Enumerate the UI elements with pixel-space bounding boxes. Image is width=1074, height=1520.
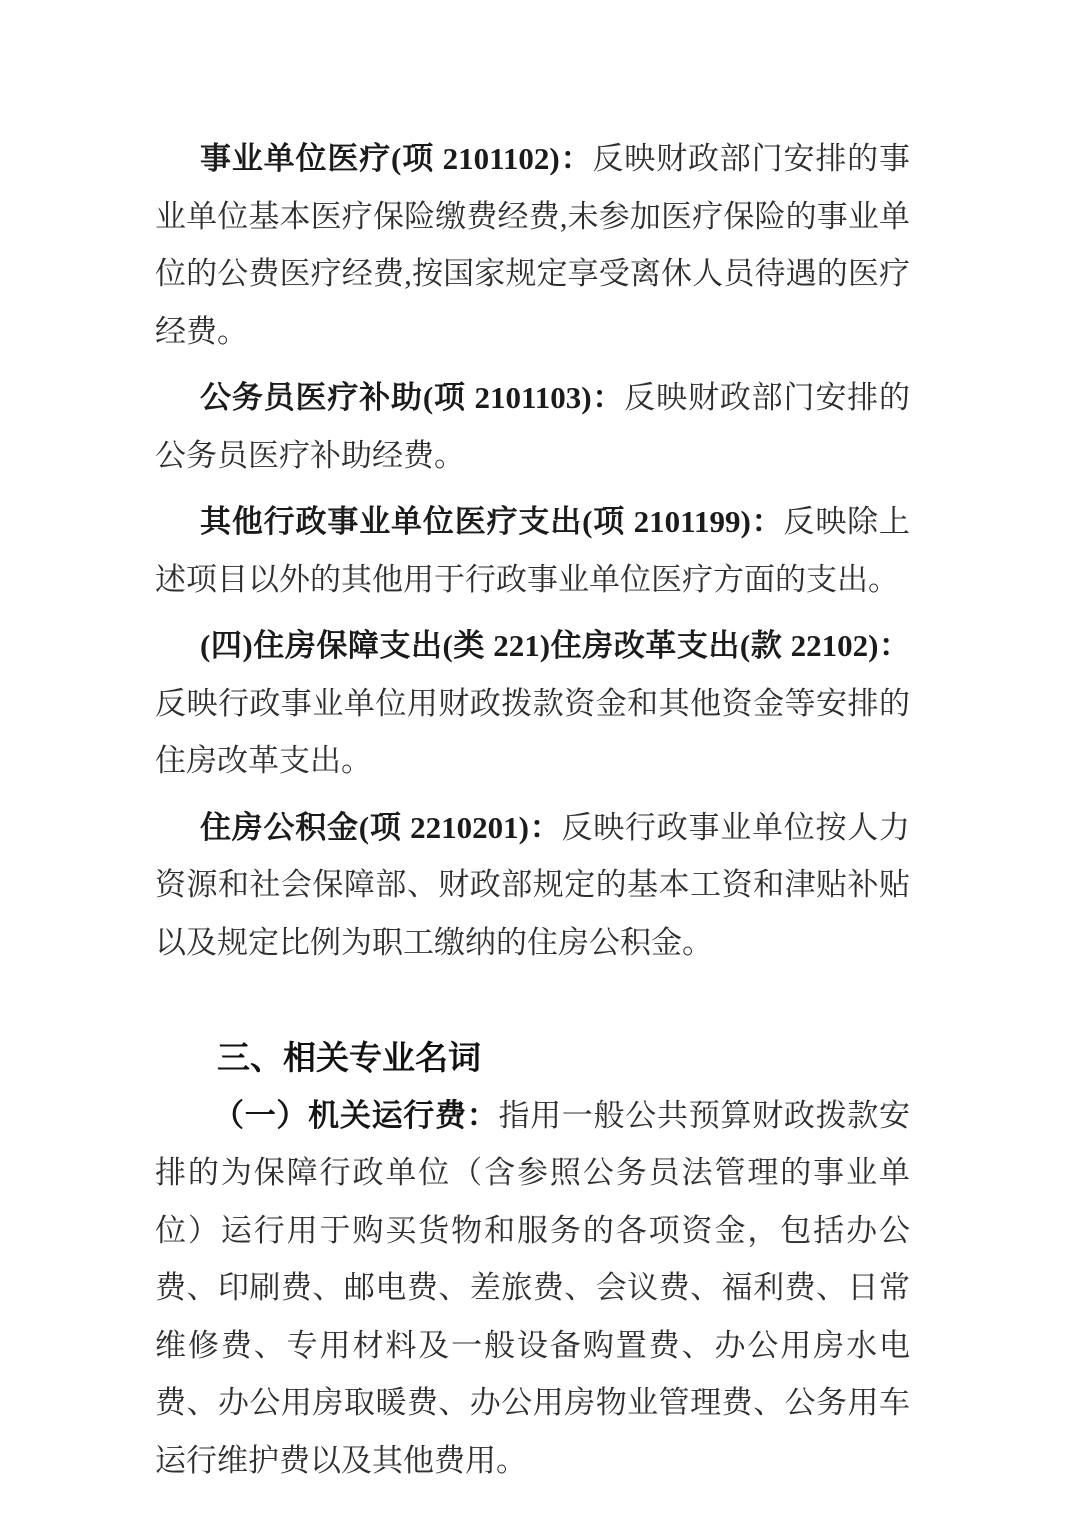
term-title: (四)住房保障支出(类 221)住房改革支出(款 22102)： bbox=[200, 628, 910, 663]
section-heading: 三、相关专业名词 bbox=[155, 1029, 910, 1087]
glossary-term: （一）机关运行费： bbox=[213, 1098, 498, 1133]
term-paragraph: 住房公积金(项 2210201)：反映行政事业单位按人力资源和社会保障部、财政部… bbox=[155, 799, 910, 972]
document-page: 事业单位医疗(项 2101102)：反映财政部门安排的事业单位基本医疗保险缴费经… bbox=[0, 0, 1074, 1520]
term-paragraph: 其他行政事业单位医疗支出(项 2101199)：反映除上述项目以外的其他用于行政… bbox=[155, 493, 910, 608]
glossary-entry: （一）机关运行费：指用一般公共预算财政拨款安排的为保障行政单位（含参照公务员法管… bbox=[155, 1087, 910, 1490]
glossary-definition: 指用一般公共预算财政拨款安排的为保障行政单位（含参照公务员法管理的事业单位）运行… bbox=[155, 1098, 910, 1478]
term-title: 住房公积金(项 2210201)： bbox=[200, 810, 561, 845]
term-paragraph: 事业单位医疗(项 2101102)：反映财政部门安排的事业单位基本医疗保险缴费经… bbox=[155, 130, 910, 360]
document-content: 事业单位医疗(项 2101102)：反映财政部门安排的事业单位基本医疗保险缴费经… bbox=[155, 130, 910, 1498]
term-title: 事业单位医疗(项 2101102)： bbox=[200, 141, 592, 176]
term-paragraph: (四)住房保障支出(类 221)住房改革支出(款 22102)：反映行政事业单位… bbox=[155, 617, 910, 790]
term-title: 公务员医疗补助(项 2101103)： bbox=[200, 380, 624, 415]
term-definition: 反映行政事业单位用财政拨款资金和其他资金等安排的住房改革支出。 bbox=[155, 686, 910, 779]
term-paragraph: 公务员医疗补助(项 2101103)：反映财政部门安排的公务员医疗补助经费。 bbox=[155, 369, 910, 484]
term-title: 其他行政事业单位医疗支出(项 2101199)： bbox=[200, 504, 783, 539]
